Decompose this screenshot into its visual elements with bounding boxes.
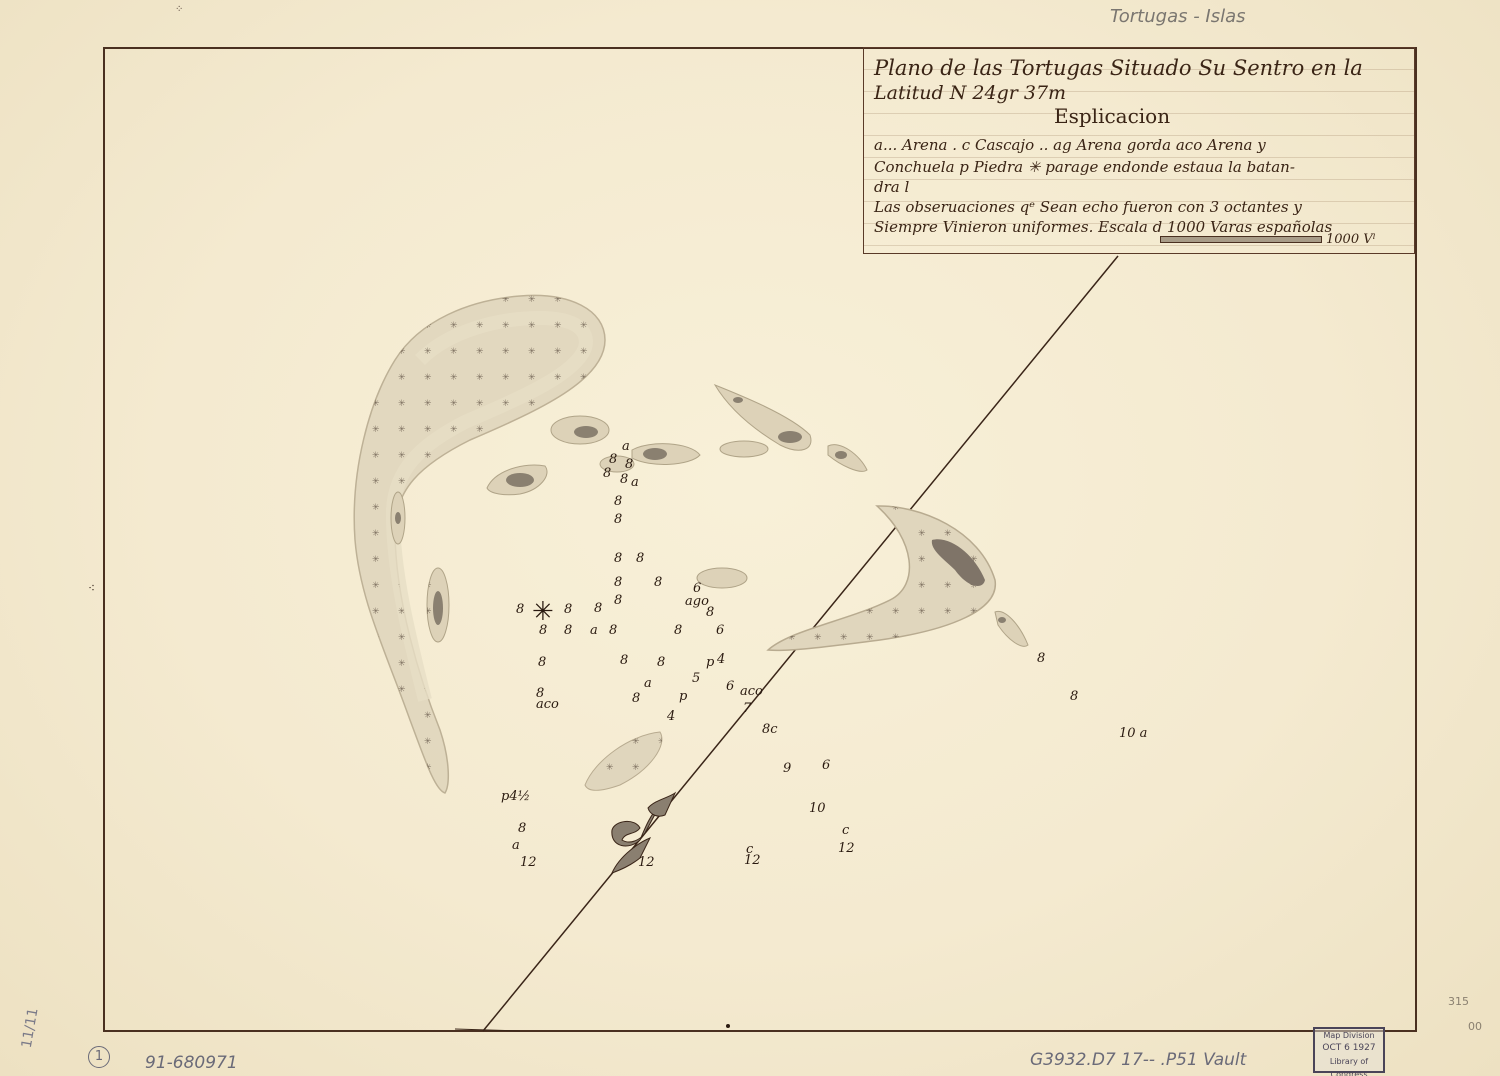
islet-north-a [551, 416, 609, 444]
depth-sounding: 8 [538, 655, 546, 670]
depth-sounding: 4 [666, 709, 675, 724]
depth-sounding: p [706, 655, 715, 670]
depth-sounding: 9 [783, 761, 791, 776]
stamp-date: OCT 6 1927 [1315, 1042, 1383, 1055]
depth-sounding: 6 [822, 758, 830, 773]
depth-sounding: aco [536, 697, 559, 712]
depth-sounding: 8 [564, 602, 572, 617]
pencil-annotation-top: Tortugas - Islas [1110, 6, 1246, 27]
depth-sounding: 8 [539, 623, 547, 638]
accession-number: 91-680971 [145, 1053, 238, 1073]
depth-sounding: 8 [636, 551, 644, 566]
islet-left-small [391, 492, 405, 544]
depth-sounding: 8 [603, 466, 611, 481]
stamp-line1: Map Division [1315, 1029, 1383, 1042]
depth-sounding: 8 [614, 494, 622, 509]
islet-sand-oval [697, 568, 747, 588]
title-cartouche: Plano de las Tortugas Situado Su Sentro … [863, 47, 1415, 254]
legend-line2: Conchuela p Piedra ✳ parage endonde esta… [874, 158, 1295, 176]
observation-note-line1: Las obseruaciones qᵉ Sean echo fueron co… [874, 198, 1302, 216]
map-title-line2: Latitud N 24gr 37m [874, 82, 1066, 104]
depth-sounding: 8 [657, 655, 665, 670]
circled-number: 1 [88, 1046, 110, 1068]
depth-sounding: a [622, 439, 630, 454]
legend-heading: Esplicacion [1054, 104, 1170, 128]
islet-left-mid [427, 568, 449, 642]
islet-loggerhead-small [995, 611, 1028, 646]
depth-sounding: 8 [614, 551, 622, 566]
depth-sounding: 8 [625, 457, 633, 472]
pencil-number-00: 00 [1468, 1020, 1482, 1033]
legend-line1: a... Arena . c Cascajo .. ag Arena gorda… [874, 136, 1266, 154]
depth-sounding: 8 [620, 653, 628, 668]
depth-sounding: 8 [632, 691, 640, 706]
top-smudge: ⁘ [175, 4, 183, 15]
depth-sounding: 8 [674, 623, 682, 638]
reef-loggerhead-boomerang [768, 506, 995, 650]
depth-sounding: 10 [809, 801, 826, 816]
depth-sounding: p4½ [501, 789, 530, 804]
islet-garden-key [632, 444, 700, 465]
reef-west-hook [354, 295, 605, 793]
islet-long-key [715, 385, 811, 450]
depth-sounding: 8 [609, 452, 617, 467]
depth-sounding: 12 [520, 855, 537, 870]
depth-sounding: 4 [716, 652, 725, 667]
reef-south-oval [585, 732, 662, 790]
depth-sounding: 6 [726, 679, 734, 694]
depth-sounding: 8 [1070, 689, 1078, 704]
depth-sounding: 8c [762, 722, 778, 737]
depth-sounding: 8 [614, 575, 622, 590]
pencil-number-315: 315 [1448, 995, 1469, 1008]
depth-sounding: 12 [838, 841, 855, 856]
depth-sounding: 8 [614, 512, 622, 527]
margin-smudge: ⁖ [88, 581, 95, 595]
soundings-layer: 8a888a88888886ago888888a886888p4a56aco8a… [501, 439, 1147, 870]
depth-sounding: p [679, 689, 688, 704]
depth-sounding: 8 [706, 605, 714, 620]
depth-sounding: 8 [609, 623, 617, 638]
depth-sounding: a [512, 838, 520, 853]
observation-note-line2: Siempre Vinieron uniformes. Escala d 100… [874, 218, 1332, 236]
depth-sounding: 8 [594, 601, 602, 616]
library-stamp: Map Division OCT 6 1927 Library of Congr… [1313, 1027, 1385, 1073]
depth-sounding: 12 [744, 853, 761, 868]
depth-sounding: c [842, 823, 850, 838]
depth-sounding: 12 [638, 855, 655, 870]
depth-sounding: 8 [518, 821, 526, 836]
depth-sounding: 6 [716, 623, 724, 638]
depth-sounding: aco [740, 684, 763, 699]
depth-sounding: a [644, 676, 652, 691]
depth-sounding: a [631, 475, 639, 490]
stamp-line3: Library of Congress [1315, 1055, 1383, 1076]
stray-dot [726, 1024, 730, 1028]
depth-sounding: 8 [564, 623, 572, 638]
depth-sounding: 8 [620, 472, 628, 487]
depth-sounding: a [590, 623, 598, 638]
depth-sounding: 5 [692, 671, 700, 686]
depth-sounding: 10 a [1119, 726, 1147, 741]
legend-line3: dra l [874, 178, 909, 196]
call-number: G3932.D7 17-- .P51 Vault [1030, 1050, 1246, 1070]
depth-sounding: 7 [743, 701, 752, 716]
depth-sounding: 8 [516, 602, 524, 617]
scale-label: 1000 Vˡ [1326, 232, 1376, 247]
depth-sounding: 8 [1037, 651, 1045, 666]
depth-sounding: 8 [614, 593, 622, 608]
islet-small-east [720, 441, 768, 457]
scale-bar [1160, 236, 1322, 243]
depth-sounding: 8 [654, 575, 662, 590]
islet-bush-key [487, 465, 547, 495]
islet-east-key [828, 445, 867, 472]
map-title-line1: Plano de las Tortugas Situado Su Sentro … [874, 56, 1363, 80]
